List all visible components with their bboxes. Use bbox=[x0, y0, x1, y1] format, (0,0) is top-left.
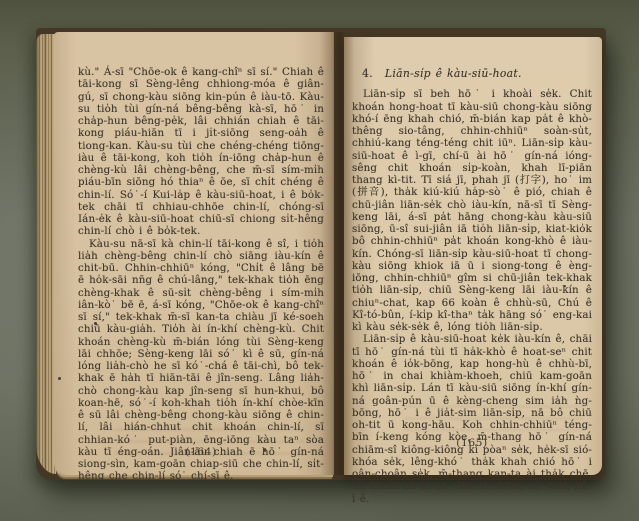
stacked-page-edges bbox=[36, 34, 56, 474]
paragraph: Liān-si̍p ê kàu-siū-hoat ke̍k iàu-kín ê,… bbox=[352, 333, 592, 505]
left-page-number: (164) bbox=[78, 446, 324, 458]
right-page: 4.Liān-si̍p ê kàu-siū-hoat. Liān-si̍p sī… bbox=[344, 37, 602, 475]
ink-speck bbox=[264, 448, 266, 452]
open-book: kù." Á-sī "Chōe-ok ê kang-chîⁿ sī sí." C… bbox=[36, 28, 606, 480]
section-number: 4. bbox=[362, 67, 373, 80]
ink-speck bbox=[94, 322, 97, 325]
left-page-text: kù." Á-sī "Chōe-ok ê kang-chîⁿ sī sí." C… bbox=[78, 66, 324, 483]
section-heading: 4.Liān-si̍p ê kàu-siū-hoat. bbox=[352, 68, 592, 80]
paragraph: Liān-si̍p sī beh hō˙ i khoài se̍k. Chit … bbox=[352, 88, 592, 333]
left-page: kù." Á-sī "Chōe-ok ê kang-chîⁿ sī sí." C… bbox=[54, 32, 334, 475]
section-title: Liān-si̍p ê kàu-siū-hoat. bbox=[385, 67, 522, 80]
ink-speck bbox=[58, 377, 61, 380]
right-page-number: (165) bbox=[352, 437, 592, 449]
paragraph: kù." Á-sī "Chōe-ok ê kang-chîⁿ sī sí." C… bbox=[78, 66, 324, 238]
ink-speck bbox=[563, 285, 566, 287]
